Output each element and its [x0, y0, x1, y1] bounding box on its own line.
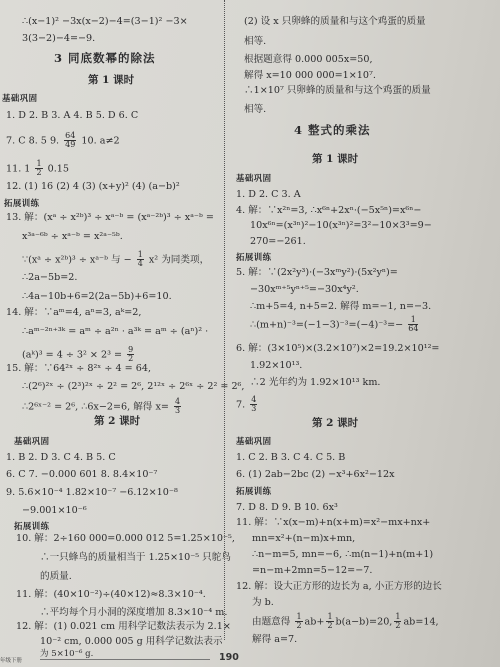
continuation-line: 3(3−2)−4=−9.	[6, 34, 95, 44]
answer-text: 7. C 8. 5 9.	[6, 135, 59, 146]
solution-line: 5. 解：∵(2x²y³)·(−3xᵐy²)·(5x²yⁿ)=	[236, 268, 398, 278]
footer-rule	[40, 659, 210, 660]
answer-line: 1. C 2. B 3. C 4. C 5. B	[236, 453, 345, 463]
solution-line: (aᵏ)³ = 4 ÷ 3² × 2³ = 92	[6, 346, 136, 364]
solution-line: 1.92×10¹³.	[250, 361, 302, 371]
solution-line: 11. 解：(40×10⁻²)÷(40×12)≈8.3×10⁻⁴.	[16, 590, 206, 600]
subsection-label: 基础巩固	[236, 174, 272, 182]
solution-line: 12. 解：(1) 0.021 cm 用科学记数法表示为 2.1×	[16, 622, 231, 632]
section-title: 3 同底数幂的除法	[54, 53, 156, 65]
answer-line: 1. B 2. D 3. C 4. B 5. C	[6, 453, 116, 463]
solution-line: ∴2a−5b=2.	[6, 273, 77, 283]
solution-line: 解得 a=7.	[252, 635, 297, 645]
solution-line: 6. 解：(3×10⁵)×(3.2×10⁷)×2=19.2×10¹²=	[236, 344, 439, 354]
solution-line: ∴(2⁶)²ˣ ÷ (2³)²ˣ ÷ 2² = 2⁶, 2¹²ˣ ÷ 2⁶ˣ ÷…	[6, 382, 244, 392]
solution-line: −30xᵐ⁺⁵yⁿ⁺⁵=−30x⁴y².	[250, 285, 359, 295]
solution-line: 14. 解：∵aᵐ=4, aⁿ=3, aᵏ=2,	[6, 308, 141, 318]
solution-line: 为 b.	[252, 598, 274, 608]
answer-text: 10. a≠2	[81, 135, 119, 146]
continuation-line: 根据题意得 0.000 005x=50,	[244, 55, 373, 65]
answer-text: 7.	[236, 399, 245, 410]
solution-line: ∴2⁶ˣ⁻² = 2⁶, ∴6x−2=6, 解得 x= 43	[6, 398, 183, 416]
continuation-line: ∴(x−1)² −3x(x−2)−4=(3−1)² −3×	[6, 17, 188, 27]
answer-line: 9. 5.6×10⁻⁴ 1.82×10⁻⁷ −6.12×10⁻⁸	[6, 488, 178, 498]
fraction: 6449	[64, 132, 76, 150]
solution-text: ab=14,	[403, 616, 438, 627]
solution-line: ∴aᵐ⁻²ⁿ⁺³ᵏ = aᵐ ÷ a²ⁿ · a³ᵏ = aᵐ ÷ (aⁿ)² …	[6, 327, 208, 337]
subsection-label: 拓展训练	[14, 522, 50, 530]
solution-line: 270=−261.	[250, 237, 306, 247]
lesson-title: 第 1 课时	[88, 75, 134, 86]
solution-line: ∴平均每个月小洞的深度增加 8.3×10⁻⁴ m.	[24, 608, 227, 618]
continuation-line: (2) 设 x 只卵蜂的质量和与这个鸡蛋的质量	[244, 17, 426, 27]
column-divider	[224, 0, 225, 640]
answer-line: 6. (1) 2ab−2bc (2) −x³+6x²−12x	[236, 470, 395, 480]
fraction: 92	[127, 346, 134, 364]
continuation-line: 相等.	[244, 37, 266, 47]
continuation-line: 相等.	[244, 105, 266, 115]
solution-text: ∴2⁶ˣ⁻² = 2⁶, ∴6x−2=6, 解得 x=	[22, 401, 169, 412]
fraction: 43	[250, 396, 257, 414]
fraction: 12	[35, 160, 42, 178]
solution-line: ∵(xᵃ ÷ x²ᵇ)³ ÷ xᵃ⁻ᵇ 与 − 14 x² 为同类项，	[6, 251, 209, 269]
footer-book-label: 年级下册	[0, 656, 22, 664]
fraction: 12	[326, 613, 333, 631]
solution-line: ∴(m+n)⁻³=(−1−3)⁻³=(−4)⁻³=− 164	[250, 316, 420, 334]
section-title: 4 整式的乘法	[294, 125, 371, 137]
solution-line: 11. 解：∵x(x−m)+n(x+m)=x²−mx+nx+	[236, 518, 430, 528]
subsection-label: 拓展训练	[236, 487, 272, 495]
answer-line: 11. 1 12 0.15	[6, 160, 69, 178]
solution-text: ab+	[305, 616, 325, 627]
fraction: 12	[394, 613, 401, 631]
solution-line: x³ᵃ⁻⁶ᵇ ÷ xᵃ⁻ᵇ = x²ᵃ⁻⁵ᵇ.	[6, 232, 123, 242]
fraction: 12	[295, 613, 302, 631]
answer-text: 11. 1	[6, 163, 30, 174]
answer-line: 1. D 2. B 3. A 4. B 5. D 6. C	[6, 111, 138, 121]
answer-line: 7. 43	[236, 396, 259, 414]
answer-line: −9.001×10⁻⁶	[6, 506, 87, 516]
subsection-label: 基础巩固	[14, 437, 50, 445]
continuation-line: 解得 x=10 000 000=1×10⁷.	[244, 71, 376, 81]
answer-key-page: ∴(x−1)² −3x(x−2)−4=(3−1)² −3× 3(3−2)−4=−…	[0, 0, 500, 667]
fraction: 14	[137, 251, 144, 269]
solution-text: ∵(xᵃ ÷ x²ᵇ)³ ÷ xᵃ⁻ᵇ 与 −	[22, 254, 132, 265]
solution-line: 12. 解：设大正方形的边长为 a, 小正方形的边长	[236, 582, 442, 592]
solution-line: =n−m+2mn=5−12=−7.	[252, 566, 372, 576]
solution-line: 10⁻² cm, 0.000 005 g 用科学记数法表示	[24, 637, 223, 647]
solution-line: ∴m+5=4, n+5=2. 解得 m=−1, n=−3.	[250, 302, 431, 312]
fraction: 164	[408, 316, 418, 334]
solution-line: ∴2 光年约为 1.92×10¹³ km.	[250, 378, 380, 388]
solution-line: 15. 解：∵64²ˣ ÷ 8²ˣ ÷ 4 = 64,	[6, 364, 151, 374]
solution-line: ∴4a−10b+6=2(2a−5b)+6=10.	[6, 292, 172, 302]
lesson-title: 第 2 课时	[312, 418, 358, 429]
solution-line: 的质量.	[24, 572, 72, 582]
fraction: 43	[174, 398, 181, 416]
solution-line: mn=x²+(n−m)x+mn,	[252, 534, 355, 544]
subsection-label: 基础巩固	[236, 437, 272, 445]
solution-text: 由题意得	[252, 616, 290, 627]
continuation-line: ∴1×10⁷ 只卵蜂的质量和与这个鸡蛋的质量	[244, 86, 431, 96]
subsection-label: 基础巩固	[2, 94, 38, 102]
solution-text: ∴(m+n)⁻³=(−1−3)⁻³=(−4)⁻³=−	[250, 319, 403, 330]
answer-line: 7. D 8. D 9. B 10. 6x³	[236, 503, 338, 513]
solution-text: x² 为同类项，	[149, 254, 209, 265]
answer-line: 12. (1) 16 (2) 4 (3) (x+y)² (4) (a−b)²	[6, 182, 180, 192]
solution-line: 为 5×10⁻⁶ g.	[24, 650, 93, 659]
solution-text: b(a−b)=20,	[336, 616, 393, 627]
lesson-title: 第 2 课时	[94, 416, 140, 427]
answer-line: 7. C 8. 5 9. 6449 10. a≠2	[6, 132, 120, 150]
solution-line: 由题意得 12ab+12b(a−b)=20,12ab=14,	[252, 613, 439, 631]
solution-line: 10x⁶ⁿ=(x³ⁿ)²−10(x³ⁿ)²=3²−10×3³=9−	[250, 221, 432, 231]
solution-text: (aᵏ)³ = 4 ÷ 3² × 2³ =	[22, 349, 122, 360]
subsection-label: 拓展训练	[236, 253, 272, 261]
answer-line: 1. D 2. C 3. A	[236, 190, 301, 200]
solution-line: 4. 解：∵x²ⁿ=3, ∴x⁶ⁿ+2xⁿ·(−5x⁵ⁿ)=x⁶ⁿ−	[236, 206, 421, 216]
answer-text: 0.15	[48, 163, 69, 174]
solution-line: ∴一只蜂鸟的质量相当于 1.25×10⁻⁵ 只鸵鸟	[24, 553, 231, 563]
solution-line: 10. 解：2÷160 000=0.000 012 5=1.25×10⁻⁵,	[16, 534, 235, 544]
subsection-label: 拓展训练	[4, 199, 40, 207]
page-number: 190	[219, 652, 239, 663]
lesson-title: 第 1 课时	[312, 154, 358, 165]
solution-line: ∴n−m=5, mn=−6, ∴m(n−1)+n(m+1)	[252, 550, 433, 560]
solution-line: 13. 解：(xᵃ ÷ x²ᵇ)³ ÷ xᵃ⁻ᵇ = (xᵃ⁻²ᵇ)³ ÷ xᵃ…	[6, 213, 214, 223]
answer-line: 6. C 7. −0.000 601 8. 8.4×10⁻⁷	[6, 470, 157, 480]
